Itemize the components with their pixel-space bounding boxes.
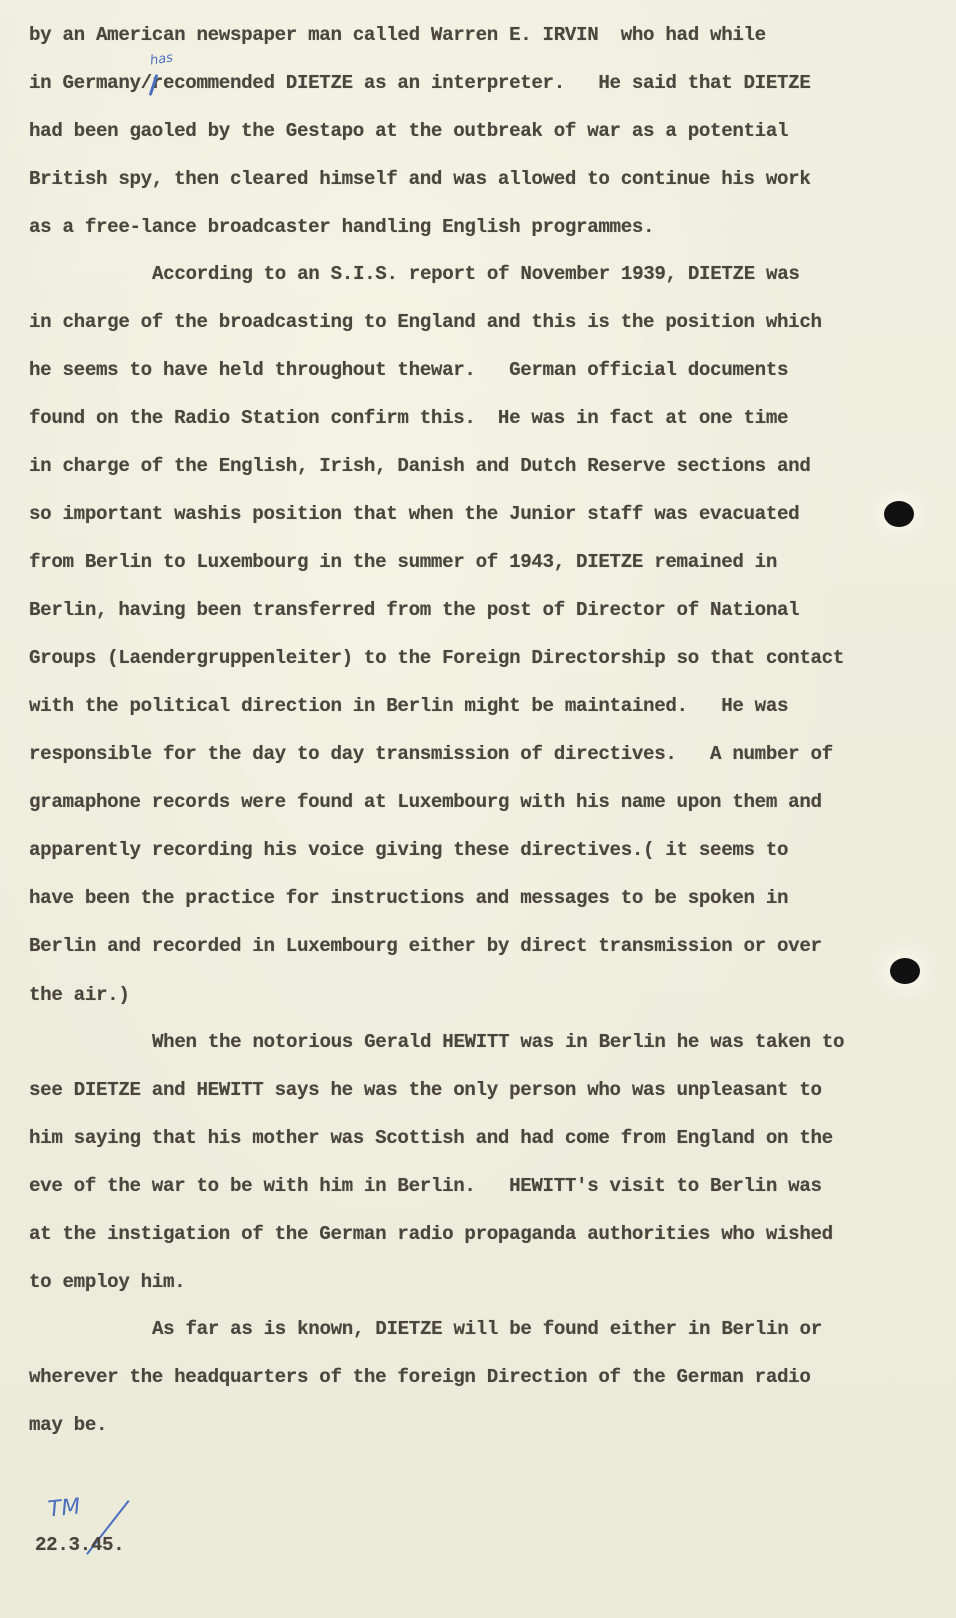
text-line: had been gaoled by the Gestapo at the ou… — [29, 119, 788, 143]
text-line: as a free-lance broadcaster handling Eng… — [29, 215, 654, 239]
text-line: eve of the war to be with him in Berlin.… — [29, 1174, 822, 1198]
text-line: in charge of the English, Irish, Danish … — [29, 454, 811, 478]
punch-hole-icon — [884, 501, 914, 527]
text-line: him saying that his mother was Scottish … — [29, 1126, 833, 1150]
text-line: British spy, then cleared himself and wa… — [29, 167, 811, 191]
text-line: have been the practice for instructions … — [29, 886, 788, 910]
handwritten-insertion: has — [149, 50, 174, 68]
paragraph-start: As far as is known, DIETZE will be found… — [152, 1317, 822, 1341]
punch-hole-icon — [890, 958, 920, 984]
text-line: in charge of the broadcasting to England… — [29, 310, 822, 334]
text-line: he seems to have held throughout thewar.… — [29, 358, 788, 382]
document-page: by an American newspaper man called Warr… — [0, 0, 956, 1618]
text-line: gramaphone records were found at Luxembo… — [29, 790, 822, 814]
text-line: at the instigation of the German radio p… — [29, 1222, 833, 1246]
paragraph-start: When the notorious Gerald HEWITT was in … — [152, 1030, 844, 1054]
text-line: found on the Radio Station confirm this.… — [29, 406, 788, 430]
text-line: the air.) — [29, 983, 129, 1007]
text-line: to employ him. — [29, 1270, 185, 1294]
text-line: wherever the headquarters of the foreign… — [29, 1365, 811, 1389]
text-line: by an American newspaper man called Warr… — [29, 23, 766, 47]
text-line: may be. — [29, 1413, 107, 1437]
text-line: Berlin and recorded in Luxembourg either… — [29, 934, 822, 958]
text-line: Groups (Laendergruppenleiter) to the For… — [29, 646, 844, 670]
paragraph-start: According to an S.I.S. report of Novembe… — [152, 262, 800, 286]
text-line: responsible for the day to day transmiss… — [29, 742, 833, 766]
text-line: apparently recording his voice giving th… — [29, 838, 788, 862]
text-line: with the political direction in Berlin m… — [29, 694, 788, 718]
text-line: in Germany/recommended DIETZE as an inte… — [29, 71, 811, 95]
text-line: from Berlin to Luxembourg in the summer … — [29, 550, 777, 574]
text-line: Berlin, having been transferred from the… — [29, 598, 799, 622]
document-date: 22.3.45. — [35, 1533, 124, 1557]
text-line: so important washis position that when t… — [29, 502, 799, 526]
handwritten-initials: TM — [47, 1494, 82, 1522]
text-line: see DIETZE and HEWITT says he was the on… — [29, 1078, 822, 1102]
